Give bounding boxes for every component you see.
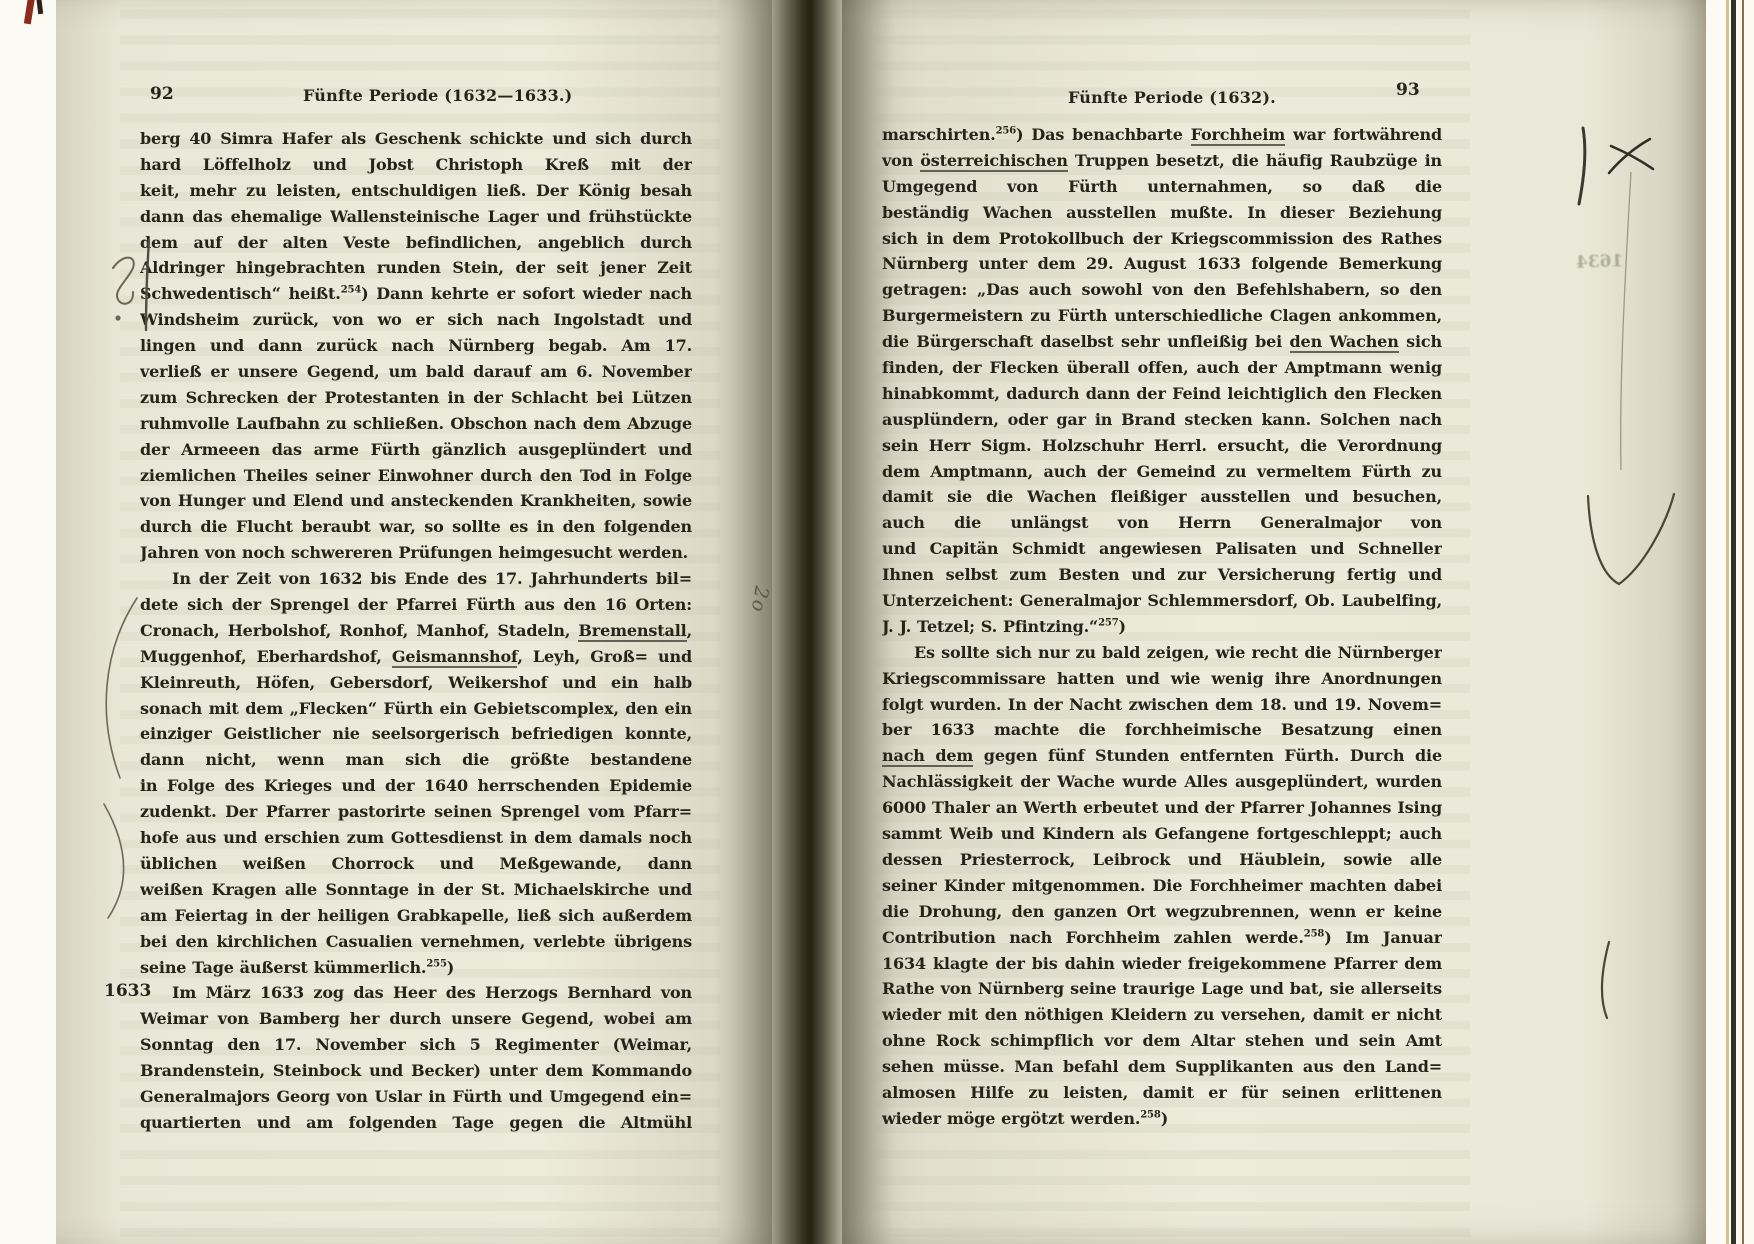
page-stack-edge-dark xyxy=(1731,0,1736,1244)
text-line: die Bürgerschaft daselbst sehr unfleißig… xyxy=(882,329,1442,355)
text-line: berg 40 Simra Hafer als Geschenk schickt… xyxy=(140,126,692,152)
text-line: marschirten.256) Das benachbarte Forchhe… xyxy=(882,122,1442,148)
text-line: seine Tage äußerst kümmerlich.255) xyxy=(140,955,692,981)
text-line: ausplündern, oder gar in Brand stecken k… xyxy=(882,407,1442,433)
text-line: 6000 Thaler an Werth erbeutet und der Pf… xyxy=(882,795,1442,821)
text-line: quartierten und am folgenden Tage gegen … xyxy=(140,1110,692,1136)
text-line: bei den kirchlichen Casualien vernehmen,… xyxy=(140,929,692,955)
text-line: Brandenstein, Steinbock und Becker) unte… xyxy=(140,1058,692,1084)
margin-year-note: 1633 xyxy=(104,981,151,1001)
text-line: damit sie die Wachen fleißiger ausstelle… xyxy=(882,484,1442,510)
text-line: Burgermeistern zu Fürth unterschiedliche… xyxy=(882,303,1442,329)
pen-underlined-text: den Wachen xyxy=(1290,332,1399,353)
text-line: ber 1633 machte die forchheimische Besat… xyxy=(882,717,1442,743)
text-line: hard Löffelholz und Jobst Christoph Kreß… xyxy=(140,152,692,178)
text-line: Weimar von Bamberg her durch unsere Gege… xyxy=(140,1006,692,1032)
text-line: J. J. Tetzel; S. Pfintzing.“257) xyxy=(882,614,1442,640)
text-line: dann nicht, wenn man sich die größte bes… xyxy=(140,747,692,773)
text-line: beständig Wachen ausstellen mußte. In di… xyxy=(882,200,1442,226)
page-number-right: 93 xyxy=(1396,80,1420,100)
text-line: almosen Hilfe zu leisten, damit er für s… xyxy=(882,1080,1442,1106)
text-line: Aldringer hingebrachten runden Stein, de… xyxy=(140,255,692,281)
text-line: Contribution nach Forchheim zahlen werde… xyxy=(882,925,1442,951)
text-line: weißen Kragen alle Sonntage in der St. M… xyxy=(140,877,692,903)
text-line: die Drohung, den ganzen Ort wegzubrennen… xyxy=(882,899,1442,925)
text-line: lingen und dann zurück nach Nürnberg beg… xyxy=(140,333,692,359)
text-line: Im März 1633 zog das Heer des Herzogs Be… xyxy=(140,980,692,1006)
text-line: ohne Rock schimpflich vor dem Altar steh… xyxy=(882,1028,1442,1054)
pen-underlined-text: Forchheim xyxy=(1191,125,1285,146)
text-line: Nürnberg unter dem 29. August 1633 folge… xyxy=(882,251,1442,277)
text-line: dem auf der alten Veste befindlichen, an… xyxy=(140,230,692,256)
text-line: üblichen weißen Chorrock und Meßgewande,… xyxy=(140,851,692,877)
text-line: am Feiertag in der heiligen Grabkapelle,… xyxy=(140,903,692,929)
text-line: getragen: „Das auch sowohl von den Befeh… xyxy=(882,277,1442,303)
text-line: sein Herr Sigm. Holzschuhr Herrl. ersuch… xyxy=(882,433,1442,459)
text-line: von österreichischen Truppen besetzt, di… xyxy=(882,148,1442,174)
showthrough-year-numerals: 1634 xyxy=(1576,251,1624,273)
right-page-text-column: marschirten.256) Das benachbarte Forchhe… xyxy=(882,122,1442,1132)
text-line: Sonntag den 17. November sich 5 Regiment… xyxy=(140,1032,692,1058)
text-line: sonach mit dem „Flecken“ Fürth ein Gebie… xyxy=(140,696,692,722)
text-line: wieder mit den nöthigen Kleidern zu vers… xyxy=(882,1002,1442,1028)
pen-underlined-text: österreichischen xyxy=(920,151,1068,172)
footnote-reference: 257 xyxy=(1098,618,1118,629)
footnote-reference: 256 xyxy=(996,126,1016,137)
text-line: von Hunger und Elend und ansteckenden Kr… xyxy=(140,488,692,514)
text-line: durch die Flucht beraubt war, so sollte … xyxy=(140,514,692,540)
text-line: ruhmvolle Laufbahn zu schließen. Obschon… xyxy=(140,411,692,437)
text-line: zum Schrecken der Protestanten in der Sc… xyxy=(140,385,692,411)
footnote-reference: 255 xyxy=(426,958,446,969)
text-line: verließ er unsere Gegend, um bald darauf… xyxy=(140,359,692,385)
text-line: Jahren von noch schwereren Prüfungen hei… xyxy=(140,540,692,566)
text-line: Kriegscommissare hatten und wie wenig ih… xyxy=(882,666,1442,692)
text-line: In der Zeit von 1632 bis Ende des 17. Ja… xyxy=(140,566,692,592)
pen-underlined-text: nach dem xyxy=(882,746,973,767)
text-line: 1634 klagte der bis dahin wieder freigek… xyxy=(882,951,1442,977)
text-line: hofe aus und erschien zum Gottesdienst i… xyxy=(140,825,692,851)
text-line: Generalmajors Georg von Uslar in Fürth u… xyxy=(140,1084,692,1110)
text-line: in Folge des Krieges und der 1640 herrsc… xyxy=(140,773,692,799)
text-line: sich in dem Protokollbuch der Kriegscomm… xyxy=(882,226,1442,252)
text-line: sammt Weib und Kindern als Gefangene for… xyxy=(882,821,1442,847)
text-line: wieder möge ergötzt werden.258) xyxy=(882,1106,1442,1132)
text-line: Cronach, Herbolshof, Ronhof, Manhof, Sta… xyxy=(140,618,692,644)
scan-corner-mark xyxy=(24,0,35,24)
text-line: keit, mehr zu leisten, entschuldigen lie… xyxy=(140,178,692,204)
text-line: Rathe von Nürnberg seine traurige Lage u… xyxy=(882,976,1442,1002)
text-line: Windsheim zurück, von wo er sich nach In… xyxy=(140,307,692,333)
text-line: und Capitän Schmidt angewiesen Palisaten… xyxy=(882,536,1442,562)
text-line: sehen müsse. Man befahl dem Supplikanten… xyxy=(882,1054,1442,1080)
text-line: folgt wurden. In der Nacht zwischen dem … xyxy=(882,692,1442,718)
page-stack-edge-brown xyxy=(1742,0,1744,1244)
page-number-left: 92 xyxy=(150,84,174,104)
text-line: nach dem gegen fünf Stunden entfernten F… xyxy=(882,743,1442,769)
text-line: zudenkt. Der Pfarrer pastorirte seinen S… xyxy=(140,799,692,825)
text-line: Nachlässigkeit der Wache wurde Alles aus… xyxy=(882,769,1442,795)
footnote-reference: 254 xyxy=(341,285,361,296)
text-line: der Armeeen das arme Fürth gänzlich ausg… xyxy=(140,437,692,463)
text-line: auch die unlängst von Herrn Generalmajor… xyxy=(882,510,1442,536)
text-line: einziger Geistlicher nie seelsorgerisch … xyxy=(140,721,692,747)
pen-underlined-text: Bremenstall xyxy=(578,621,686,642)
footnote-reference: 258 xyxy=(1140,1110,1160,1121)
running-header-left: Fünfte Periode (1632—1633.) xyxy=(303,86,572,105)
left-page-text-column: berg 40 Simra Hafer als Geschenk schickt… xyxy=(140,126,692,1136)
text-line: Muggenhof, Eberhardshof, Geismannshof, L… xyxy=(140,644,692,670)
text-line: dete sich der Sprengel der Pfarrei Fürth… xyxy=(140,592,692,618)
footnote-reference: 258 xyxy=(1304,928,1324,939)
text-line: dessen Priesterrock, Leibrock und Häuble… xyxy=(882,847,1442,873)
text-line: Kleinreuth, Höfen, Gebersdorf, Weikersho… xyxy=(140,670,692,696)
pen-underlined-text: Geismannshof xyxy=(392,647,518,668)
text-line: seiner Kinder mitgenommen. Die Forchheim… xyxy=(882,873,1442,899)
text-line: ziemlichen Theiles seiner Einwohner durc… xyxy=(140,463,692,489)
book-gutter-shadow xyxy=(772,0,842,1244)
scan-corner-mark xyxy=(36,0,43,14)
text-line: Umgegend von Fürth unternahmen, so daß d… xyxy=(882,174,1442,200)
text-line: finden, der Flecken überall offen, auch … xyxy=(882,355,1442,381)
text-line: Ihnen selbst zum Besten und zur Versiche… xyxy=(882,562,1442,588)
text-line: dann das ehemalige Wallensteinische Lage… xyxy=(140,204,692,230)
text-line: dem Amptmann, auch der Gemeind zu vermel… xyxy=(882,459,1442,485)
text-line: Schwedentisch“ heißt.254) Dann kehrte er… xyxy=(140,281,692,307)
running-header-right: Fünfte Periode (1632). xyxy=(1068,88,1276,107)
text-line: hinabkommt, dadurch dann der Feind leich… xyxy=(882,381,1442,407)
text-line: Unterzeichent: Generalmajor Schlemmersdo… xyxy=(882,588,1442,614)
text-line: Es sollte sich nur zu bald zeigen, wie r… xyxy=(882,640,1442,666)
page-stack-edge-gold xyxy=(1726,0,1729,1244)
